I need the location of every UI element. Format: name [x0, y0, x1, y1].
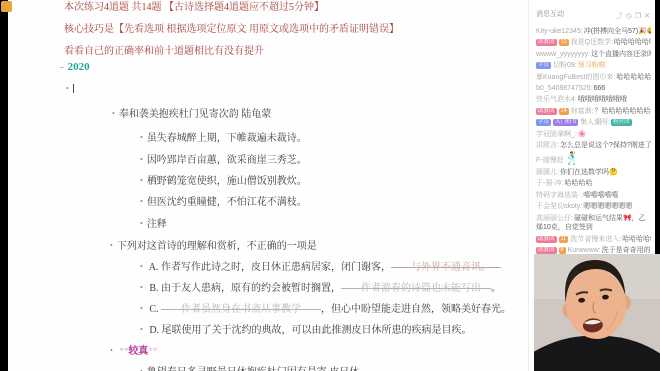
chat-username[interactable]: wwww_yyyyyyyy:: [536, 51, 590, 58]
chat-text: 你们在选数学吗🤔: [560, 169, 618, 176]
close-icon[interactable]: ✕: [644, 13, 650, 20]
text-cursor: [73, 84, 74, 93]
chat-text: 预习粉啦: [578, 62, 606, 69]
chat-text: 哈哈哈哈哈哈哈: [616, 74, 651, 81]
option-c[interactable]: C. ——作者虽然身在书斋从事教学——，但心中盼望能走进自然，领略美好春光。: [140, 300, 511, 315]
chat-message: 洪熙言:怎么总是说这个?保持?刚进了: [536, 140, 651, 151]
chat-username[interactable]: 学冠固拿啊_:: [536, 131, 577, 138]
user-badge: 入门粉 5: [553, 119, 578, 126]
chat-text: 冲(拼搏向全马57)🎉😄: [584, 28, 651, 35]
chat-message: 助教团13我是Q还数学:哈哈哈哈哈哈哈: [536, 37, 651, 48]
chat-text: 666: [593, 85, 605, 92]
question-stem[interactable]: 下列对这首诗的理解和赏析，不正确的一项是: [110, 237, 317, 252]
letterbox-left: [0, 0, 8, 371]
user-badge: 11: [559, 236, 569, 243]
struck-text: ——作者虽然身在书斋从事教学——: [161, 304, 321, 315]
share-icon[interactable]: ⤴: [616, 13, 623, 20]
chat-header-icons: ⤴◷❐✕: [613, 5, 650, 23]
chat-text: 🌸: [578, 131, 587, 138]
option-text: D. 尾联使用了关于沈约的典故，可以由此推测皮日休所患的疾病是目疾。: [149, 325, 471, 336]
chat-text: 嗯嗯嗯嗯嗯嗯嗯: [583, 203, 632, 210]
live-class-screen: 本次练习4道题 共14题 【古诗选择题4道题应不超过5分钟】 核心技巧是【先看选…: [0, 0, 660, 371]
jiaozhen-label: 较真: [128, 346, 148, 357]
chat-message: 快乐气泡水4:哦哦哦哦哦哦哦: [536, 94, 651, 105]
option-tail: ，但心中盼望能走进自然，领略美好春光。: [321, 304, 511, 315]
chat-username[interactable]: 切粉09:: [553, 62, 577, 69]
user-badge: 助教团: [536, 108, 557, 115]
chat-username[interactable]: 快乐气泡水4:: [536, 96, 577, 103]
chat-username[interactable]: F-缓慢赶: [536, 157, 564, 164]
overlay-app-icon[interactable]: [1, 1, 12, 12]
chat-text: 这个直播内容还录吗?: [591, 51, 651, 58]
chat-sticker: 🕺: [565, 151, 580, 165]
user-badge: 学员: [536, 119, 551, 126]
poem-line[interactable]: 虽失春城醉上期，下帷裁遍未裁诗。: [140, 129, 307, 144]
intro-line[interactable]: 核心技巧是【先看选项 根据选项定位原文 用原文或选项中的矛盾证明错误】: [64, 20, 399, 35]
chat-message: 暴KuangFuBest的围巾来:哈哈哈哈哈哈哈: [536, 72, 651, 83]
option-text: A. 作者写作此诗之时，皮日休正患病居家，闭门谢客，: [149, 262, 391, 273]
jiaozhen-heading[interactable]: **较真**: [110, 342, 157, 357]
chat-message: F-缓慢赶🕺: [536, 151, 651, 166]
option-tail: 。: [491, 283, 501, 294]
option-a[interactable]: A. 作者写作此诗之时，皮日休正患病居家，闭门谢客，——与外界不通音讯。—: [140, 258, 501, 273]
chat-username[interactable]: 我是Q还数学:: [571, 39, 613, 46]
chat-text: 怎么总是说这个?保持?刚进了: [560, 142, 651, 149]
instructor-webcam[interactable]: [534, 254, 660, 371]
intro-line[interactable]: 看看自己的正确率和前十道题相比有没有提升: [64, 42, 264, 57]
chat-username[interactable]: 暴KuangFuBest的围巾来:: [536, 74, 615, 81]
poem-title[interactable]: 奉和袭美抱疾杜门见寄次韵 陆龟蒙: [112, 105, 271, 120]
option-b[interactable]: B. 由于友人患病，原有的约会被暂时搁置，——作者游春的诗篇也未能写出—。: [140, 279, 501, 294]
chat-message-list[interactable]: Kity-uke12345:冲(拼搏向全马57)🎉😄助教团13我是Q还数学:哈哈…: [529, 25, 655, 279]
option-text: C.: [149, 304, 161, 315]
chat-username[interactable]: 圆圆儿:: [536, 169, 559, 176]
chat-message: 于-强-冲:哈哈哈哈: [536, 178, 651, 189]
user-badge: 助教团: [536, 247, 557, 254]
chat-message: 助教团11洗节省慢来进入:哈哈哈哈哈哈: [536, 234, 651, 245]
chat-message: 学冠固拿啊_:🌸: [536, 129, 651, 140]
user-badge: 学员: [536, 62, 551, 69]
chat-text: 哈哈哈哈哈哈: [622, 236, 651, 243]
chat-message: 学员入门粉 5集人潮呀:粉丝团: [536, 117, 651, 128]
chat-username[interactable]: 特码字海选装·:: [536, 192, 582, 199]
chat-message: 高丽丽公仔:碰碰和运气结果🎀，乙烯10克，自觉签到: [536, 213, 651, 234]
chat-header: 消息互动 ⤴◷❐✕: [529, 0, 655, 25]
chat-text: 嘻嘻嘻嘻嘻: [583, 192, 618, 199]
collab-caret: +: [291, 284, 296, 293]
struck-text: ——与外界不通音讯。—: [391, 262, 501, 273]
chat-text: 哈哈哈哈哈哈哈: [614, 39, 651, 46]
markdown-stars: **: [119, 346, 128, 356]
clock-icon[interactable]: ◷: [626, 13, 632, 20]
option-d[interactable]: D. 尾联使用了关于沈约的典故，可以由此推测皮日休所患的疾病是目疾。: [140, 321, 472, 336]
chat-username[interactable]: Kity-uke12345:: [536, 28, 583, 35]
user-badge: 粉丝团: [611, 119, 632, 126]
chat-username[interactable]: 洗节省慢来进入:: [570, 236, 621, 243]
outline-cursor-line[interactable]: [66, 84, 74, 95]
chat-message: Kity-uke12345:冲(拼搏向全马57)🎉😄: [536, 26, 651, 37]
user-badge: 14: [559, 108, 569, 115]
chat-message: 学员切粉09:预习粉啦: [536, 60, 651, 71]
chat-username[interactable]: Kurwwww:: [568, 247, 601, 254]
chat-message: 圆圆儿:你们在选数学吗🤔: [536, 167, 651, 178]
chat-username[interactable]: 财富渐:: [571, 108, 594, 115]
chat-username[interactable]: 高丽丽公仔:: [536, 215, 573, 222]
chat-username[interactable]: 集人潮呀:: [580, 119, 610, 126]
user-badge: 8: [559, 247, 566, 254]
markdown-stars: **: [148, 346, 157, 356]
chat-username[interactable]: 不会坚切skoty:: [536, 203, 582, 210]
chat-title: 消息互动: [536, 9, 564, 19]
chat-username[interactable]: b0_54088747525:: [536, 85, 592, 92]
chat-message: b0_54088747525:666: [536, 83, 651, 94]
poem-line[interactable]: 栖野鹤笼宽使织，施山僧饭别教炊。: [140, 172, 307, 187]
user-badge: 助教团: [536, 236, 557, 243]
poem-line[interactable]: 因吟郢岸百亩蕙，欲采商崖三秀芝。: [140, 151, 307, 166]
user-badge: 13: [559, 39, 569, 46]
poem2-title[interactable]: 鲁望春日多寻野景日休抱疾杜门因有是寄 皮日休: [140, 363, 359, 371]
chat-username[interactable]: 于-强-冲:: [536, 180, 564, 187]
chat-message: 特码字海选装·:嘻嘻嘻嘻嘻: [536, 190, 651, 201]
chat-text: 哦哦哦哦哦哦哦: [578, 96, 627, 103]
chat-message: wwww_yyyyyyyy:这个直播内容还录吗?: [536, 49, 651, 60]
year-heading[interactable]: 2020: [60, 61, 90, 73]
instructor-portrait: [534, 254, 660, 371]
struck-text: ——作者游春的诗篇也未能写出—: [341, 283, 491, 294]
intro-line[interactable]: 本次练习4道题 共14题 【古诗选择题4道题应不超过5分钟】: [64, 0, 324, 13]
lesson-document[interactable]: 本次练习4道题 共14题 【古诗选择题4道题应不超过5分钟】 核心技巧是【先看选…: [8, 0, 528, 371]
note-label[interactable]: 注释: [140, 215, 167, 230]
option-text: B. 由于友人患病，原有的约会被暂时搁置，: [149, 283, 341, 294]
chat-message: 助教团14财富渐:？哈哈哈哈哈哈哈哈: [536, 106, 651, 117]
chat-text: 洗于是奇奇用的7了: [602, 247, 651, 254]
chat-text: ？哈哈哈哈哈哈哈哈: [595, 108, 651, 115]
chat-message: 不会坚切skoty:嗯嗯嗯嗯嗯嗯嗯: [536, 201, 651, 212]
poem-line[interactable]: 但医沈约重瞳健，不怕江花不满枝。: [140, 193, 307, 208]
chat-username[interactable]: 洪熙言:: [536, 142, 559, 149]
chat-text: 哈哈哈哈: [565, 180, 593, 187]
user-badge: 助教团: [536, 39, 557, 46]
popout-icon[interactable]: ❐: [635, 13, 641, 20]
